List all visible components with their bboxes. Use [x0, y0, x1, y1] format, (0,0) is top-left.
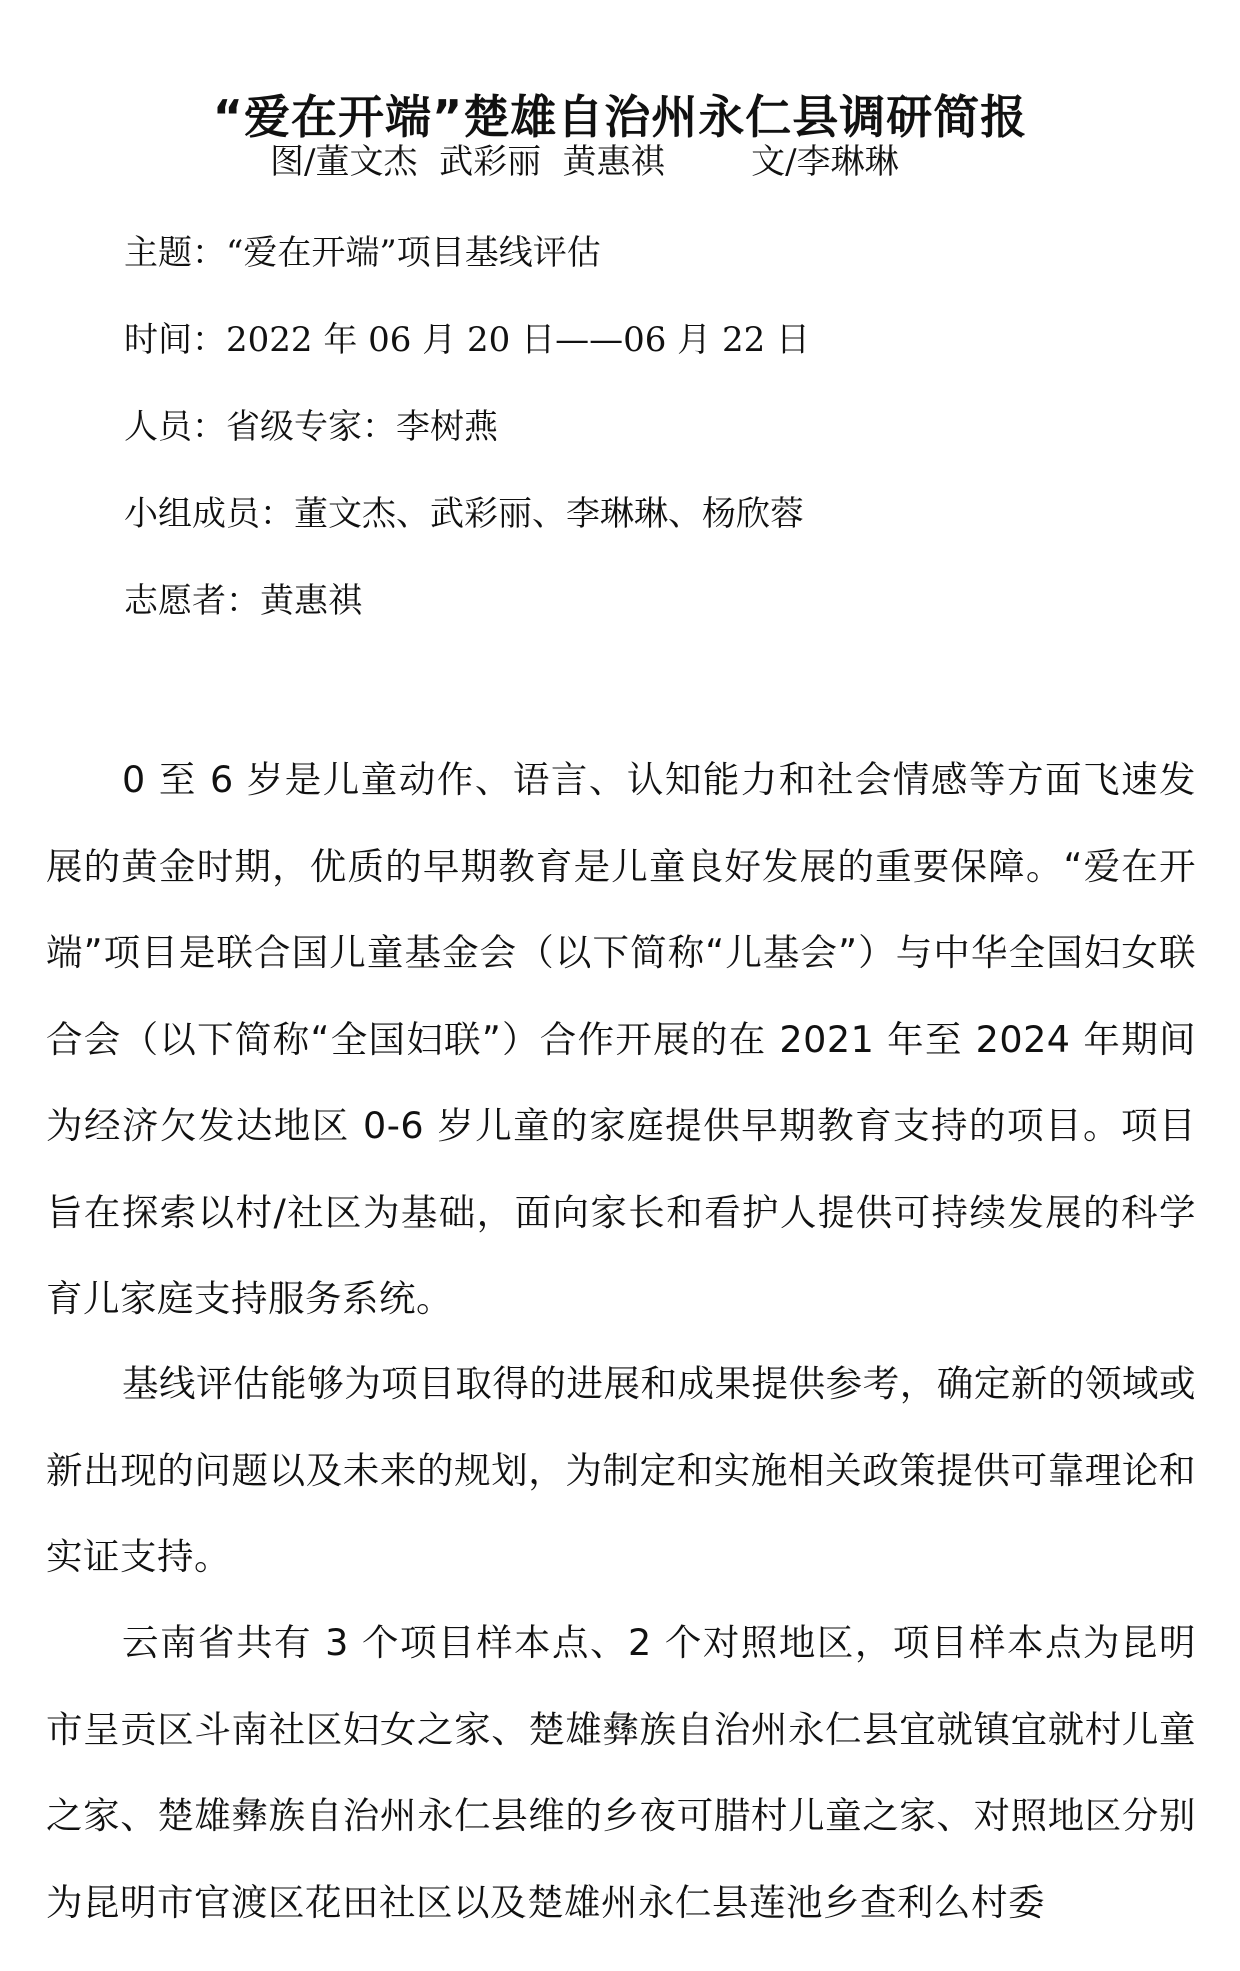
- meta-time: 时间：2022 年 06 月 20 日——06 月 22 日: [124, 318, 810, 362]
- meta-team: 小组成员：董文杰、武彩丽、李琳琳、杨欣蓉: [124, 492, 804, 536]
- meta-volunteer: 志愿者：黄惠祺: [124, 579, 362, 623]
- paragraph-intro: 0 至 6 岁是儿童动作、语言、认知能力和社会情感等方面飞速发展的黄金时期，优质…: [46, 737, 1196, 1343]
- paragraph-baseline: 基线评估能够为项目取得的进展和成果提供参考，确定新的领域或新出现的问题以及未来的…: [46, 1341, 1196, 1601]
- paragraph-text: 0 至 6 岁是儿童动作、语言、认知能力和社会情感等方面飞速发展的黄金时期，优质…: [46, 737, 1196, 1343]
- paragraph-sites: 云南省共有 3 个项目样本点、2 个对照地区，项目样本点为昆明市呈贡区斗南社区妇…: [46, 1600, 1196, 1946]
- byline: 图/董文杰 武彩丽 黄惠祺 文/李琳琳: [270, 140, 899, 184]
- meta-theme: 主题：“爱在开端”项目基线评估: [124, 231, 601, 275]
- paragraph-text: 云南省共有 3 个项目样本点、2 个对照地区，项目样本点为昆明市呈贡区斗南社区妇…: [46, 1600, 1196, 1946]
- meta-personnel: 人员：省级专家：李树燕: [124, 405, 498, 449]
- document-title: “爱在开端”楚雄自治州永仁县调研简报: [0, 89, 1240, 145]
- paragraph-text: 基线评估能够为项目取得的进展和成果提供参考，确定新的领域或新出现的问题以及未来的…: [46, 1341, 1196, 1601]
